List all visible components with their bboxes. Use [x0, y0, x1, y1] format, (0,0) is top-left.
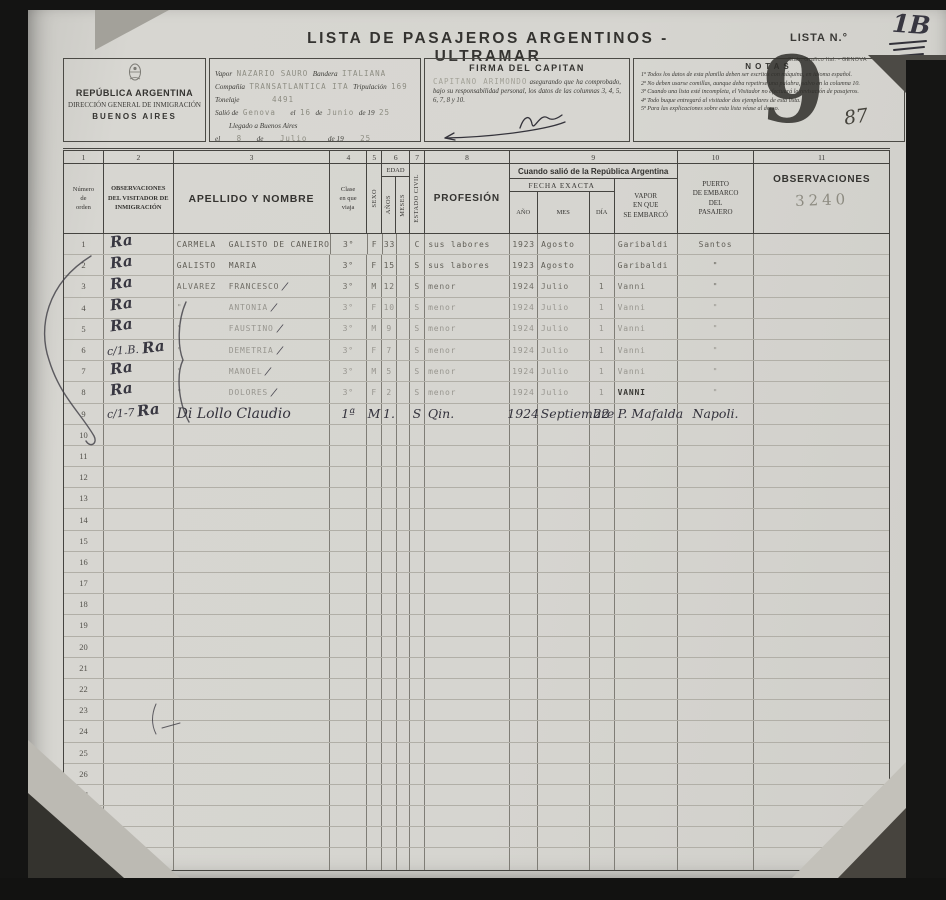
visitor-observation-cell [104, 488, 174, 508]
age-years-value: 5 [386, 367, 392, 376]
salio-day-value: 16 [300, 108, 311, 117]
departure-month-value: Julio [541, 324, 569, 333]
row-number: 5 [81, 324, 85, 334]
embark-port-cell [678, 531, 755, 551]
table-row: 4Ra"ANTONIA/3°F10Smenor1924Julio1Vanni" [64, 298, 889, 319]
departure-year-cell: 1923 [510, 255, 538, 275]
departure-month-cell: Agosto [538, 234, 590, 254]
class-cell [330, 743, 367, 763]
profession-value: menor [428, 388, 456, 397]
profession-cell [425, 764, 510, 784]
departure-year-value: 1924 [512, 388, 534, 397]
captain-typed-name: CAPITANO ARIMONDO [433, 77, 527, 86]
departure-month-cell: Julio [538, 276, 590, 296]
departure-day-cell [590, 573, 615, 593]
departure-month-cell [538, 743, 590, 763]
profession-cell [425, 700, 510, 720]
embark-port-cell [678, 488, 755, 508]
header-puerto: PUERTO DE EMBARCO DEL PASAJERO [693, 180, 739, 218]
observations-cell [754, 361, 889, 381]
lista-number-value: 1B [891, 9, 931, 41]
age-months-cell [397, 764, 410, 784]
departure-year-value: 1924 [512, 367, 534, 376]
profession-cell [425, 573, 510, 593]
age-months-cell [397, 446, 410, 466]
age-months-cell [397, 743, 410, 763]
age-years-cell [382, 637, 397, 657]
embark-port-cell [678, 573, 755, 593]
header-sexo: SEXO [371, 189, 378, 207]
departure-month-cell: Agosto [538, 255, 590, 275]
col-number: 8 [425, 151, 510, 163]
departure-vapor-value: Vanni [618, 282, 646, 291]
departure-month-cell [538, 721, 590, 741]
age-years-cell [382, 658, 397, 678]
row-number: 3 [81, 281, 85, 291]
departure-day-cell: 1 [590, 276, 615, 296]
embark-port-cell [678, 446, 755, 466]
observations-cell [754, 764, 889, 784]
civil-status-cell [410, 467, 425, 487]
name-cell [174, 827, 331, 847]
sex-cell [367, 552, 382, 572]
departure-year-cell [510, 615, 538, 635]
row-number: 26 [79, 769, 88, 779]
ship-box: Vapor NAZARIO SAURO Bandera ITALIANA Com… [209, 58, 421, 142]
embark-port-value: " [713, 388, 719, 397]
class-cell [330, 785, 367, 805]
age-years-cell [382, 615, 397, 635]
age-months-cell [397, 361, 410, 381]
age-months-cell [397, 700, 410, 720]
departure-vapor-value: Vanni [618, 367, 646, 376]
passenger-surname: " [177, 346, 229, 355]
age-years-cell: 5 [382, 361, 397, 381]
row-number-cell: 18 [64, 594, 104, 614]
passenger-surname: " [177, 367, 229, 376]
header-numero: Número de orden [73, 185, 94, 212]
civil-status-cell [410, 573, 425, 593]
departure-day-cell: 22 [590, 404, 615, 424]
visitor-observation-cell: Ra [104, 298, 174, 318]
departure-day-cell [590, 552, 615, 572]
departure-day-cell [590, 806, 615, 826]
class-cell [330, 679, 367, 699]
passenger-given-name: FRANCESCO [229, 282, 280, 291]
llegado-year-value: 25 [360, 134, 371, 143]
pen-tick: / [276, 322, 282, 335]
age-years-value: 12 [384, 282, 395, 291]
departure-vapor-value: Garibaldi [618, 240, 669, 249]
class-cell [330, 425, 367, 445]
age-years-cell [382, 827, 397, 847]
sex-cell [367, 743, 382, 763]
profession-cell [425, 743, 510, 763]
departure-day-cell [590, 700, 615, 720]
age-years-cell [382, 679, 397, 699]
el-label-2: el [215, 135, 220, 143]
visitor-observation-cell [104, 531, 174, 551]
departure-vapor-cell: Garibaldi [615, 234, 678, 254]
civil-status-cell: S [410, 382, 425, 402]
departure-vapor-cell [615, 721, 678, 741]
departure-day-value: 1 [599, 282, 605, 291]
departure-vapor-cell [615, 425, 678, 445]
departure-day-cell: 1 [590, 319, 615, 339]
departure-day-cell [590, 488, 615, 508]
civil-status-cell [410, 552, 425, 572]
departure-vapor-cell [615, 637, 678, 657]
age-years-value: 1. [383, 406, 395, 421]
departure-vapor-cell [615, 467, 678, 487]
departure-vapor-cell [615, 785, 678, 805]
table-row: 16 [64, 552, 889, 573]
profession-cell [425, 425, 510, 445]
departure-year-cell: 1924 [510, 340, 538, 360]
civil-status-value: S [414, 346, 420, 355]
departure-month-cell [538, 785, 590, 805]
age-years-cell [382, 425, 397, 445]
departure-month-cell [538, 573, 590, 593]
civil-status-cell [410, 785, 425, 805]
passenger-surname: ALVAREZ [177, 282, 229, 291]
agency-city: BUENOS AIRES [64, 112, 205, 121]
departure-vapor-cell: Vanni [615, 361, 678, 381]
departure-vapor-cell [615, 488, 678, 508]
visitor-mark: Ra [141, 341, 164, 352]
row-number-cell: 1 [64, 234, 104, 254]
civil-status-cell [410, 827, 425, 847]
observations-cell [754, 446, 889, 466]
name-cell [174, 594, 331, 614]
departure-vapor-cell [615, 615, 678, 635]
profession-cell [425, 552, 510, 572]
row-number: 17 [79, 578, 88, 588]
age-months-cell [397, 848, 410, 869]
class-cell: 1ª [330, 404, 367, 424]
passenger-given-name: DEMETRIA [229, 346, 274, 355]
profession-cell [425, 509, 510, 529]
departure-day-cell [590, 594, 615, 614]
table-row: 15 [64, 531, 889, 552]
embark-port-cell: " [678, 382, 755, 402]
class-value: 3° [343, 324, 354, 333]
pen-tick: / [271, 301, 277, 314]
name-cell [174, 467, 331, 487]
row-number: 25 [79, 748, 88, 758]
visitor-observation-cell: c/1.B.Ra [104, 340, 174, 360]
header-anos: AÑOS [385, 195, 392, 214]
observations-cell [754, 255, 889, 275]
name-cell [174, 785, 331, 805]
profession-value: menor [428, 367, 456, 376]
visitor-observation-cell [104, 764, 174, 784]
table-row: 17 [64, 573, 889, 594]
de19-label-2: de 19 [328, 135, 344, 143]
name-cell: ALVAREZFRANCESCO/ [174, 276, 331, 296]
civil-status-cell [410, 721, 425, 741]
scan-edge-right [906, 60, 946, 900]
age-years-cell [382, 743, 397, 763]
visitor-observation-cell: Ra [104, 361, 174, 381]
civil-status-value: S [414, 367, 420, 376]
name-cell [174, 806, 331, 826]
class-value: 3° [343, 346, 354, 355]
profession-cell [425, 848, 510, 869]
passenger-surname: CARMELA [177, 240, 229, 249]
page-mark-handwritten: 87 [843, 104, 870, 129]
document-page: LISTA DE PASAJEROS ARGENTINOS - ULTRAMAR… [28, 10, 946, 878]
departure-year-cell [510, 658, 538, 678]
profession-value: sus labores [428, 261, 490, 270]
tripulacion-value: 169 [391, 82, 408, 91]
captain-heading: FIRMA DEL CAPITAN [433, 63, 621, 73]
departure-vapor-cell [615, 806, 678, 826]
observations-cell [754, 509, 889, 529]
departure-month-value: Julio [541, 282, 569, 291]
header-profesion: PROFESIÓN [434, 193, 500, 204]
departure-vapor-cell: Vanni [615, 340, 678, 360]
departure-vapor-cell: P. Mafalda [615, 404, 678, 424]
departure-day-cell [590, 679, 615, 699]
embark-port-cell: " [678, 276, 755, 296]
observations-cell [754, 594, 889, 614]
age-months-cell [397, 552, 410, 572]
header-salida-group: Cuando salió de la República Argentina [510, 164, 677, 179]
departure-vapor-value: Garibaldi [618, 261, 669, 270]
profession-cell [425, 658, 510, 678]
departure-vapor-cell [615, 573, 678, 593]
departure-year-value: 1924 [507, 406, 539, 421]
col-number: 9 [510, 151, 678, 163]
age-years-cell [382, 700, 397, 720]
observations-cell [754, 319, 889, 339]
class-cell [330, 721, 367, 741]
row-number: 4 [81, 303, 85, 313]
observations-cell [754, 488, 889, 508]
age-months-cell [397, 594, 410, 614]
civil-status-cell [410, 615, 425, 635]
visitor-observation-cell [104, 594, 174, 614]
header-dia: DÍA [590, 192, 614, 233]
departure-month-cell [538, 658, 590, 678]
departure-day-cell [590, 743, 615, 763]
class-cell [330, 594, 367, 614]
sex-value: M [371, 282, 377, 291]
row-number: 19 [79, 620, 88, 630]
departure-year-cell: 1924 [510, 404, 538, 424]
departure-day-value: 1 [599, 346, 605, 355]
embark-port-value: " [713, 303, 719, 312]
age-years-cell [382, 467, 397, 487]
visitor-note: c/1-7 [106, 406, 134, 421]
sex-cell: M [367, 404, 382, 424]
embark-port-cell: " [678, 255, 755, 275]
departure-vapor-cell [615, 594, 678, 614]
departure-month-value: Agosto [541, 261, 575, 270]
table-row: 20 [64, 637, 889, 658]
age-years-cell [382, 531, 397, 551]
civil-status-cell [410, 594, 425, 614]
row-number: 14 [79, 515, 88, 525]
visitor-observation-cell [104, 573, 174, 593]
visitor-observation-cell [104, 658, 174, 678]
class-cell [330, 827, 367, 847]
profession-cell: menor [425, 340, 510, 360]
civil-status-cell: C [410, 234, 425, 254]
de-label-2: de [257, 135, 264, 143]
departure-month-cell [538, 509, 590, 529]
col-number: 1 [64, 151, 104, 163]
departure-vapor-cell: VANNI [615, 382, 678, 402]
profession-cell: menor [425, 319, 510, 339]
departure-vapor-cell [615, 827, 678, 847]
visitor-note: c/1.B. [106, 342, 139, 357]
name-cell [174, 764, 331, 784]
visitor-observation-cell [104, 446, 174, 466]
col-number: 5 [367, 151, 382, 163]
departure-year-cell: 1924 [510, 298, 538, 318]
visitor-observation-cell: Ra [104, 276, 174, 296]
visitor-observation-cell [104, 743, 174, 763]
departure-year-cell [510, 594, 538, 614]
observations-cell [754, 425, 889, 445]
profession-cell: menor [425, 382, 510, 402]
class-value: 1ª [341, 406, 355, 421]
age-years-cell [382, 721, 397, 741]
name-cell: GALISTOMARIA [174, 255, 331, 275]
sex-cell [367, 531, 382, 551]
embark-port-cell [678, 743, 755, 763]
departure-year-cell [510, 721, 538, 741]
control-number-stamp: 3240 [794, 190, 849, 210]
header-apellido: APELLIDO Y NOMBRE [189, 193, 315, 205]
age-years-value: 9 [386, 324, 392, 333]
civil-status-cell [410, 848, 425, 869]
row-number-cell: 25 [64, 743, 104, 763]
sex-cell [367, 806, 382, 826]
class-cell: 3° [330, 298, 367, 318]
table-row: 6c/1.B.Ra"DEMETRIA/3°F7Smenor1924Julio1V… [64, 340, 889, 361]
embark-port-cell [678, 658, 755, 678]
departure-day-cell [590, 764, 615, 784]
age-years-cell [382, 488, 397, 508]
embark-port-cell: " [678, 340, 755, 360]
age-years-value: 2 [386, 388, 392, 397]
class-cell [330, 552, 367, 572]
observations-cell [754, 637, 889, 657]
observations-cell [754, 298, 889, 318]
name-cell [174, 509, 331, 529]
table-row: 25 [64, 743, 889, 764]
agency-box: REPÚBLICA ARGENTINA DIRECCIÓN GENERAL DE… [63, 58, 206, 142]
name-cell [174, 488, 331, 508]
sex-value: F [371, 346, 377, 355]
age-years-cell [382, 785, 397, 805]
class-cell [330, 700, 367, 720]
name-cell [174, 573, 331, 593]
embark-port-cell [678, 552, 755, 572]
departure-year-cell: 1924 [510, 382, 538, 402]
table-row: 7Ra"MANOEL/3°M5Smenor1924Julio1Vanni" [64, 361, 889, 382]
row-number: 11 [79, 451, 87, 461]
passenger-given-name: MARIA [229, 261, 257, 270]
embark-port-cell [678, 467, 755, 487]
age-months-cell [397, 319, 410, 339]
departure-month-cell [538, 615, 590, 635]
name-cell [174, 721, 331, 741]
embark-port-cell [678, 806, 755, 826]
name-cell: "MANOEL/ [174, 361, 331, 381]
class-cell [330, 637, 367, 657]
class-cell [330, 573, 367, 593]
departure-year-cell [510, 573, 538, 593]
row-number: 7 [81, 366, 85, 376]
sex-cell: F [367, 382, 382, 402]
class-value: 3° [343, 240, 354, 249]
departure-vapor-value: Vanni [618, 346, 646, 355]
departure-month-cell [538, 806, 590, 826]
agency-name: REPÚBLICA ARGENTINA [64, 88, 205, 98]
age-months-cell [397, 509, 410, 529]
de-label: de [315, 109, 322, 117]
name-cell [174, 658, 331, 678]
age-years-cell [382, 446, 397, 466]
embark-port-cell: " [678, 298, 755, 318]
departure-day-cell [590, 658, 615, 678]
departure-vapor-cell [615, 446, 678, 466]
profession-cell [425, 785, 510, 805]
header-estado-civil: ESTADO CIVIL [413, 174, 420, 223]
captain-box: FIRMA DEL CAPITAN CAPITANO ARIMONDO aseg… [424, 58, 630, 142]
departure-month-cell: Julio [538, 298, 590, 318]
row-number: 12 [79, 472, 88, 482]
class-cell: 3° [330, 255, 367, 275]
profession-cell [425, 615, 510, 635]
departure-vapor-cell: Vanni [615, 276, 678, 296]
class-value: 3° [343, 261, 354, 270]
visitor-observation-cell: Ra [104, 255, 174, 275]
departure-year-value: 1924 [512, 324, 534, 333]
departure-year-cell [510, 848, 538, 869]
class-cell [330, 764, 367, 784]
visitor-observation-cell [104, 679, 174, 699]
pen-tick: / [265, 364, 271, 377]
class-cell [330, 467, 367, 487]
embark-port-cell [678, 827, 755, 847]
visitor-observation-cell: Ra [104, 234, 174, 254]
age-years-value: 7 [386, 346, 392, 355]
row-number: 8 [81, 387, 85, 397]
class-cell [330, 488, 367, 508]
passenger-surname: " [177, 324, 229, 333]
departure-day-cell [590, 531, 615, 551]
departure-day-cell [590, 848, 615, 869]
row-number-cell: 7 [64, 361, 104, 381]
class-value: 3° [343, 303, 354, 312]
departure-year-value: 1924 [512, 346, 534, 355]
sex-cell [367, 658, 382, 678]
col-number: 7 [410, 151, 425, 163]
departure-year-cell: 1923 [510, 234, 538, 254]
visitor-mark: Ra [109, 362, 132, 373]
visitor-mark: Ra [109, 256, 132, 267]
civil-status-cell [410, 764, 425, 784]
civil-status-cell [410, 637, 425, 657]
table-row: 22 [64, 679, 889, 700]
header-vapor-embarco: VAPOR EN QUE SE EMBARCÓ [615, 179, 677, 233]
table-row: 3RaALVAREZFRANCESCO/3°M12Smenor1924Julio… [64, 276, 889, 297]
